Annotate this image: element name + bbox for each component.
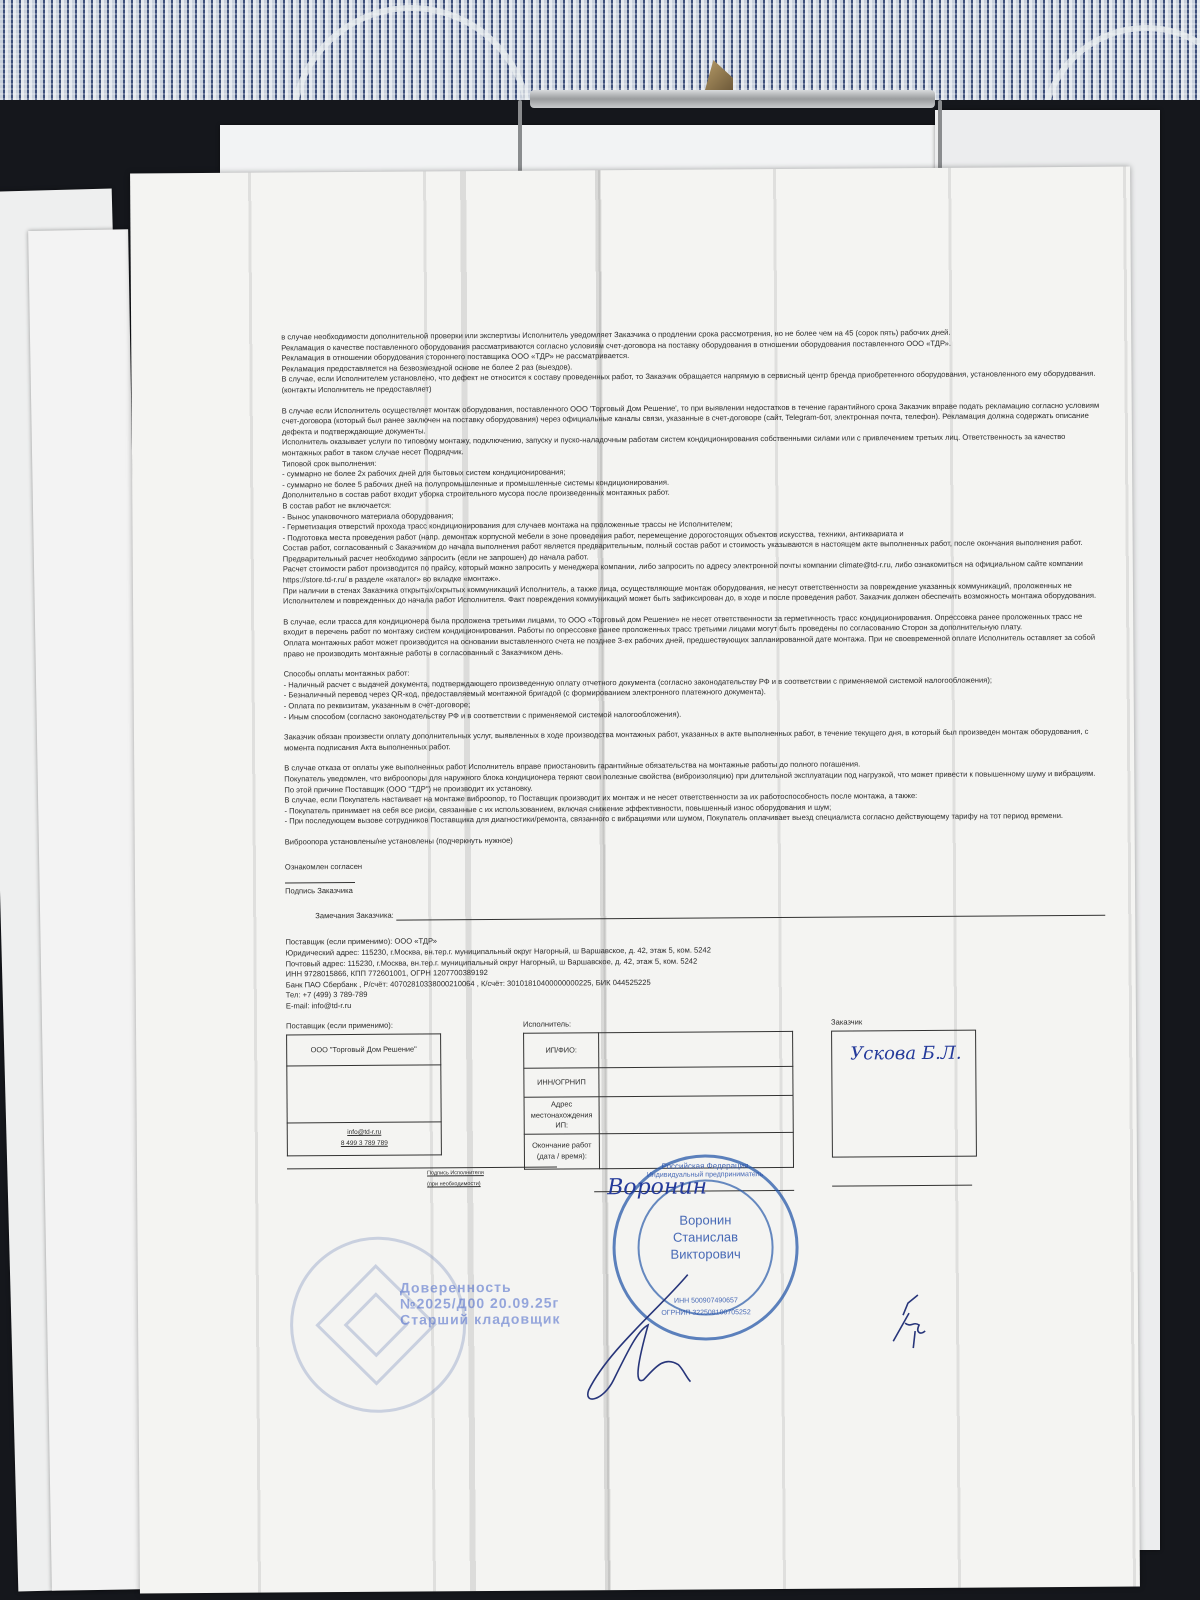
customer-box: Ускова Б.Л.: [831, 1030, 977, 1158]
executor-value: [599, 1066, 793, 1096]
executor-label: ИНН/ОГРНИП: [524, 1068, 599, 1098]
executor-signature: [568, 1269, 719, 1410]
customer-block: Заказчик Ускова Б.Л.: [831, 1017, 977, 1187]
supplier-caption: Поставщик (если применимо):: [286, 1020, 556, 1032]
supplier-info: Поставщик (если применимо): ООО «ТДР» Юр…: [285, 932, 1105, 1012]
section-vibration: В случае отказа от оплаты уже выполненны…: [284, 758, 1104, 827]
supplier-company: ООО "Торговый Дом Решение": [287, 1034, 441, 1066]
document-page: в случае необходимости дополнительной пр…: [130, 167, 1140, 1594]
customer-handwritten-name: Ускова Б.Л.: [850, 1049, 961, 1060]
executor-value: [599, 1095, 793, 1133]
stamp-name-line: Станислав: [655, 1229, 755, 1245]
section-complaints: в случае необходимости дополнительной пр…: [281, 327, 1101, 396]
customer-signature-label: Подпись Заказчика: [285, 881, 1105, 897]
executor-label: ИП/ФИО:: [524, 1033, 599, 1069]
executor-handwritten-name: Воронин: [607, 1175, 707, 1201]
supplier-contacts: info@td-r.ru 8 499 3 789 789: [287, 1122, 441, 1156]
supplier-phone: 8 499 3 789 789: [290, 1138, 439, 1150]
executor-caption: Исполнитель:: [523, 1018, 793, 1030]
executor-label: Окончание работ (дата / время):: [524, 1134, 599, 1170]
customer-caption: Заказчик: [831, 1017, 976, 1029]
executor-label: Адрес местонахождения ИП:: [524, 1097, 599, 1134]
supplier-block: Поставщик (если применимо): ООО "Торговы…: [286, 1020, 557, 1191]
section-third-party: В случае, если трасса для кондиционера б…: [283, 612, 1103, 660]
stamp-name-line: Воронин: [655, 1212, 755, 1228]
section-payment-methods: Способы оплаты монтажных работ: - Наличн…: [284, 664, 1104, 723]
poa-line: №2025/Д00 20.09.25г: [400, 1295, 561, 1312]
customer-remarks-label: Замечания Заказчика:: [315, 910, 394, 921]
poa-line: Старший кладовщик: [400, 1311, 561, 1328]
customer-sign-line: [832, 1185, 972, 1187]
document-body: в случае необходимости дополнительной пр…: [281, 327, 1107, 1252]
clip-wire: [518, 100, 522, 175]
customer-signature-line: [285, 882, 355, 883]
section-warranty: В случае если Исполнитель осуществляет м…: [282, 400, 1103, 607]
customer-signature: [873, 1293, 943, 1353]
poa-line: Доверенность: [400, 1279, 561, 1296]
power-of-attorney-stamp: Доверенность №2025/Д00 20.09.25г Старший…: [400, 1279, 561, 1328]
clip-bar: [530, 90, 935, 108]
stamp-top-text: Российская Федерация: [645, 1161, 765, 1171]
supplier-table: ООО "Торговый Дом Решение" info@td-r.ru …: [286, 1033, 442, 1156]
stamp-name-line: Викторович: [656, 1246, 756, 1262]
supplier-stamp-cell: [287, 1065, 441, 1123]
clip-wire: [938, 100, 942, 175]
executor-value: [599, 1031, 793, 1067]
executor-table: ИП/ФИО: ИНН/ОГРНИП Адрес местонахождения…: [523, 1031, 794, 1170]
